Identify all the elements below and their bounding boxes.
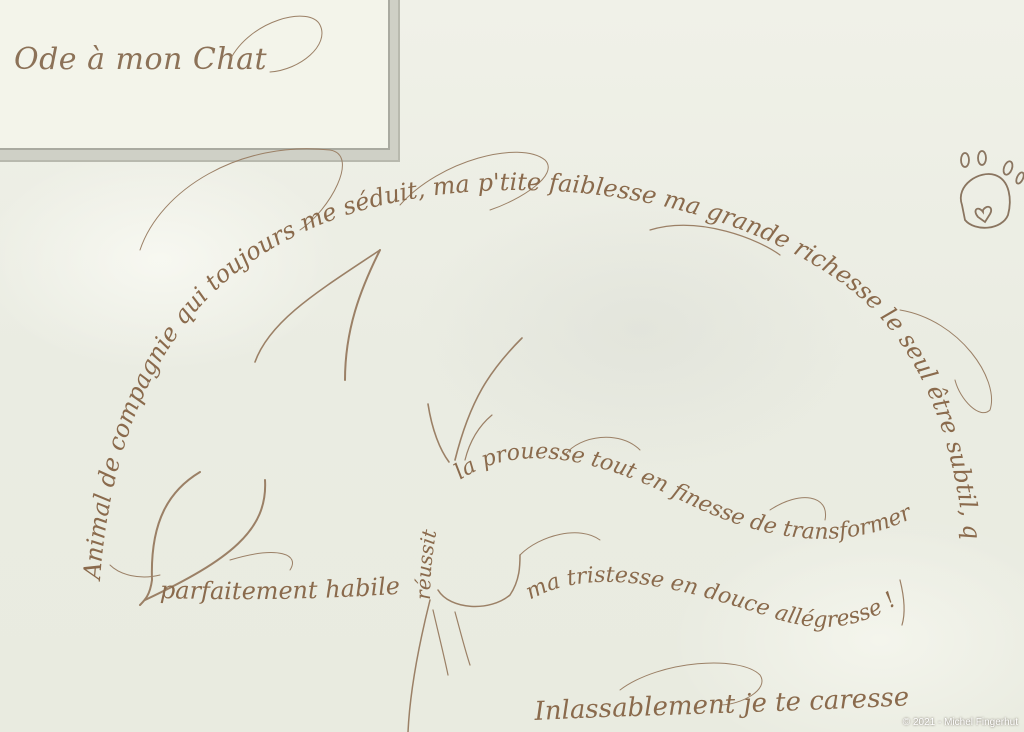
poem-line-reussit: réussit bbox=[411, 527, 442, 600]
poem-line-habile: parfaitement habile bbox=[160, 572, 401, 605]
copyright-credit: © 2021 - Michel Fingerhut bbox=[903, 717, 1018, 728]
calligram-photo: Ode à mon Chat bbox=[0, 0, 1024, 732]
poem-line-tristesse: ma tristesse en douce allégresse ! bbox=[522, 563, 901, 633]
poem-line-inlassablement: Inlassablement je te caresse bbox=[533, 682, 910, 727]
paw-heart-icon bbox=[961, 151, 1024, 228]
poem-line-top: Animal de compagnie qui toujours me sédu… bbox=[0, 0, 986, 582]
calligram-drawing: Animal de compagnie qui toujours me sédu… bbox=[0, 0, 1024, 732]
poem-line-prouesse: la prouesse tout en finesse de transform… bbox=[450, 439, 917, 545]
